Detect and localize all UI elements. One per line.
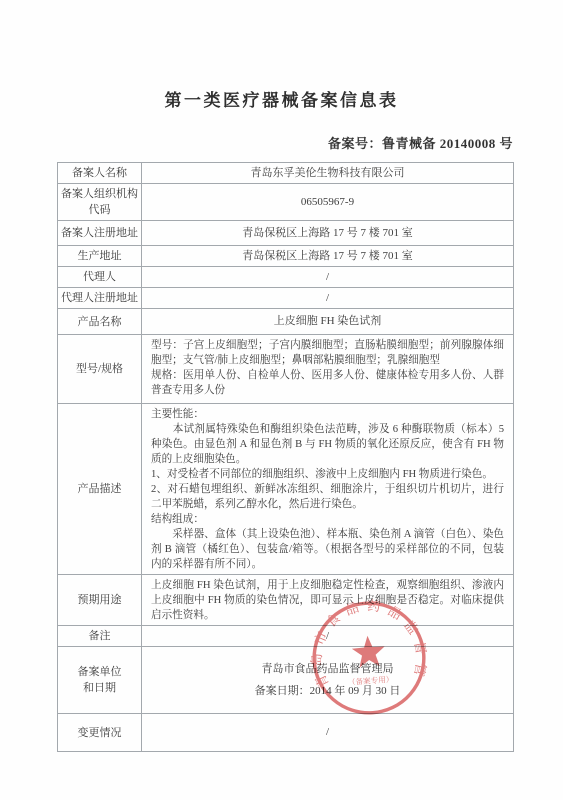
- filing-info-table: 备案人名称 青岛东孚美伦生物科技有限公司 备案人组织机构 代码 06505967…: [57, 162, 514, 752]
- row-value: 青岛东孚美伦生物科技有限公司: [142, 163, 513, 183]
- row-value: /: [142, 267, 513, 287]
- row-value: /: [142, 714, 513, 751]
- page-title: 第一类医疗器械备案信息表: [0, 86, 563, 111]
- row-label: 变更情况: [58, 714, 142, 751]
- filing-number: 备案号：鲁青械备 20140008 号: [328, 133, 513, 152]
- row-label: 代理人: [58, 267, 142, 287]
- row-label: 产品描述: [58, 404, 142, 574]
- table-row-model-spec: 型号/规格 型号：子宫上皮细胞型；子宫内膜细胞型；直肠粘膜细胞型；前列腺腺体细胞…: [58, 335, 513, 404]
- row-label: 生产地址: [58, 246, 142, 266]
- row-value: 06505967-9: [142, 184, 513, 220]
- table-row-product-name: 产品名称 上皮细胞 FH 染色试剂: [58, 309, 513, 335]
- row-label: 备案人名称: [58, 163, 142, 183]
- table-row-filing-authority-date: 备案单位 和日期 青岛市食品药品监督管理局 备案日期：2014 年 09 月 3…: [58, 647, 513, 714]
- row-label: 代理人注册地址: [58, 288, 142, 308]
- filing-date: 备案日期：2014 年 09 月 30 日: [255, 680, 401, 702]
- row-label: 备案人注册地址: [58, 221, 142, 245]
- row-value: 型号：子宫上皮细胞型；子宫内膜细胞型；直肠粘膜细胞型；前列腺腺体细胞型；支气管/…: [142, 335, 513, 403]
- table-row-product-description: 产品描述 主要性能： 本试剂属特殊染色和酶组织染色法范畴，涉及 6 种酶联物质（…: [58, 404, 513, 575]
- table-row-agent: 代理人 /: [58, 267, 513, 288]
- document-page: 第一类医疗器械备案信息表 备案号：鲁青械备 20140008 号 备案人名称 青…: [0, 0, 563, 800]
- table-row-remarks: 备注 /: [58, 626, 513, 647]
- row-value: 主要性能： 本试剂属特殊染色和酶组织染色法范畴，涉及 6 种酶联物质（标本）5 …: [142, 404, 513, 574]
- row-value: 青岛保税区上海路 17 号 7 楼 701 室: [142, 221, 513, 245]
- row-label: 产品名称: [58, 309, 142, 334]
- table-row-production-address: 生产地址 青岛保税区上海路 17 号 7 楼 701 室: [58, 246, 513, 267]
- row-label: 型号/规格: [58, 335, 142, 403]
- row-value: /: [142, 626, 513, 646]
- row-label: 备案人组织机构 代码: [58, 184, 142, 220]
- table-row-agent-address: 代理人注册地址 /: [58, 288, 513, 309]
- filing-authority: 青岛市食品药品监督管理局: [262, 658, 394, 680]
- table-row-intended-use: 预期用途 上皮细胞 FH 染色试剂，用于上皮细胞稳定性检查，观察细胞组织、渗液内…: [58, 575, 513, 626]
- table-row-filer-name: 备案人名称 青岛东孚美伦生物科技有限公司: [58, 163, 513, 184]
- row-value: 上皮细胞 FH 染色试剂，用于上皮细胞稳定性检查，观察细胞组织、渗液内上皮细胞中…: [142, 575, 513, 625]
- row-value: 青岛市食品药品监督管理局 备案日期：2014 年 09 月 30 日: [142, 647, 513, 713]
- row-value: /: [142, 288, 513, 308]
- table-row-org-code: 备案人组织机构 代码 06505967-9: [58, 184, 513, 221]
- row-label: 预期用途: [58, 575, 142, 625]
- table-row-changes: 变更情况 /: [58, 714, 513, 751]
- row-value: 青岛保税区上海路 17 号 7 楼 701 室: [142, 246, 513, 266]
- row-label: 备案单位 和日期: [58, 647, 142, 713]
- row-label: 备注: [58, 626, 142, 646]
- row-value: 上皮细胞 FH 染色试剂: [142, 309, 513, 334]
- table-row-registered-address: 备案人注册地址 青岛保税区上海路 17 号 7 楼 701 室: [58, 221, 513, 246]
